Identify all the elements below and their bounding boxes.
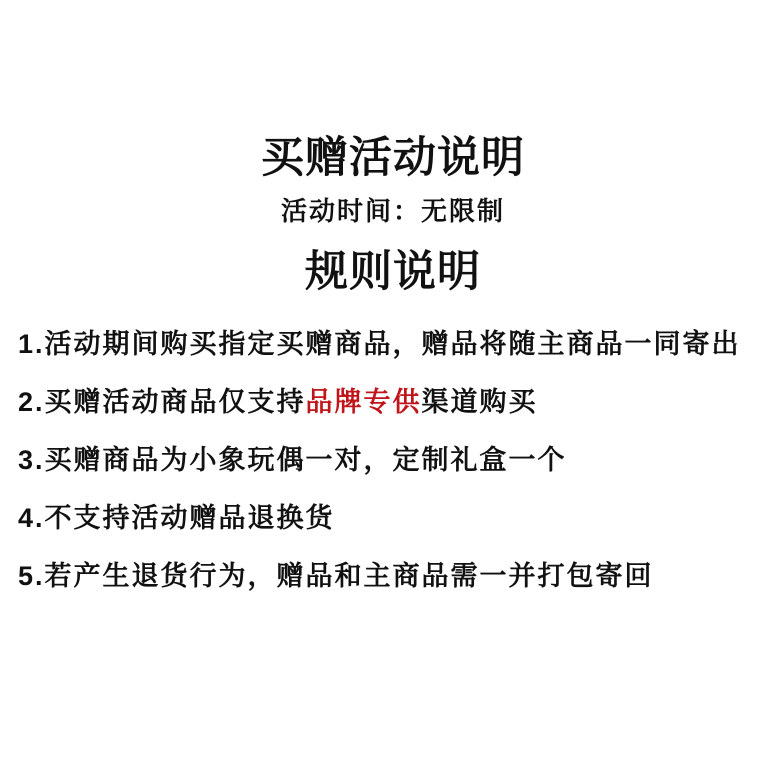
rule-item-2: 2.买赠活动商品仅支持品牌专供渠道购买 [18, 388, 750, 417]
rule-item-5: 5.若产生退货行为，赠品和主商品需一并打包寄回 [18, 562, 750, 591]
promo-poster: 买赠活动说明 活动时间：无限制 规则说明 1.活动期间购买指定买赠商品，赠品将随… [0, 0, 760, 760]
rule-text: 买赠活动商品仅支持 [45, 387, 306, 417]
rule-text: 渠道购买 [422, 387, 538, 417]
rule-item-4: 4.不支持活动赠品退换货 [18, 504, 750, 533]
rule-highlight-text: 品牌专供 [306, 387, 422, 417]
rule-number: 3. [18, 445, 45, 475]
rule-text: 若产生退货行为，赠品和主商品需一并打包寄回 [45, 561, 654, 591]
rule-number: 1. [18, 329, 45, 359]
page-title: 买赠活动说明 [13, 132, 760, 185]
rule-text: 不支持活动赠品退换货 [45, 503, 335, 533]
rule-item-1: 1.活动期间购买指定买赠商品，赠品将随主商品一同寄出 [18, 330, 750, 359]
rule-number: 5. [18, 561, 45, 591]
rule-text: 买赠商品为小象玩偶一对，定制礼盒一个 [45, 445, 567, 475]
rule-number: 4. [18, 503, 45, 533]
rule-text: 活动期间购买指定买赠商品，赠品将随主商品一同寄出 [45, 329, 741, 359]
rule-number: 2. [18, 387, 45, 417]
rule-item-3: 3.买赠商品为小象玩偶一对，定制礼盒一个 [18, 446, 750, 475]
rules-list: 1.活动期间购买指定买赠商品，赠品将随主商品一同寄出 2.买赠活动商品仅支持品牌… [0, 330, 760, 591]
activity-time-text: 活动时间：无限制 [13, 196, 760, 227]
rules-section-title: 规则说明 [13, 248, 760, 296]
